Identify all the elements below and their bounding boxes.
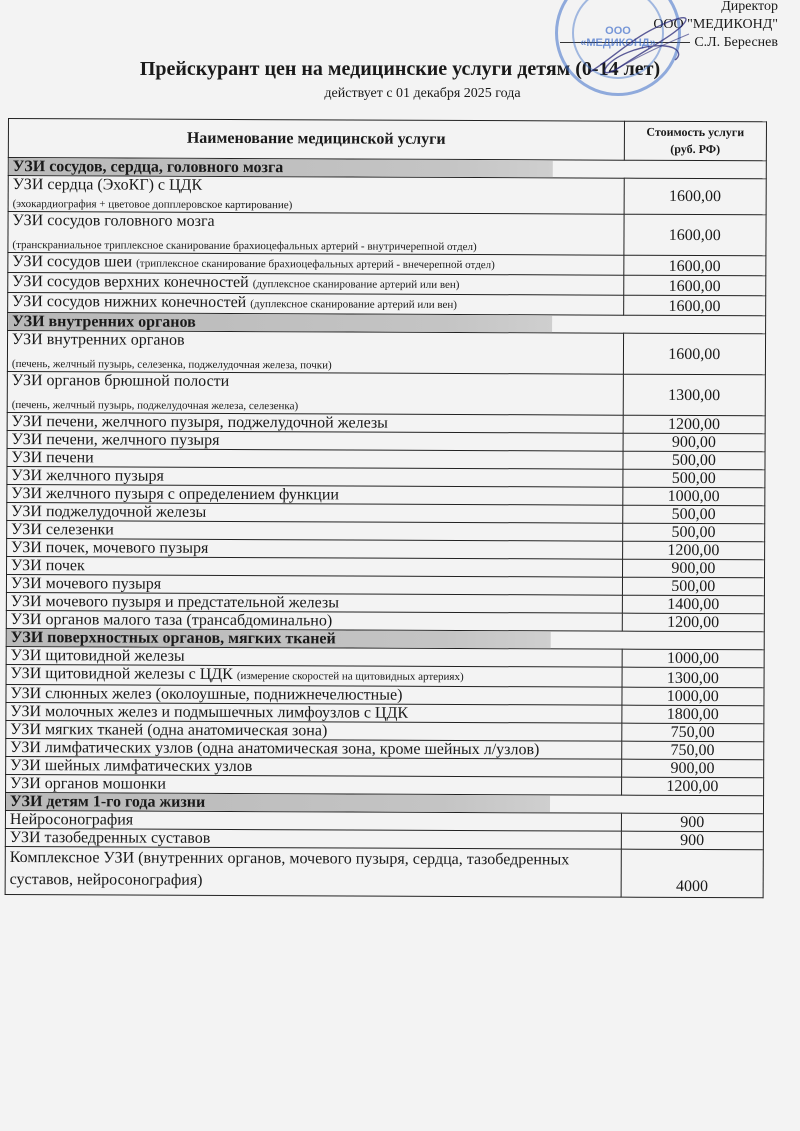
service-name: Нейросонография bbox=[10, 811, 133, 829]
section-header-row: УЗИ детям 1-го года жизни bbox=[5, 792, 763, 813]
service-name: УЗИ печени, желчного пузыря, поджелудочн… bbox=[12, 413, 388, 432]
table-row: УЗИ сердца (ЭхоКГ) с ЦДК(эхокардиография… bbox=[8, 176, 766, 215]
service-price: 1000,00 bbox=[622, 649, 764, 668]
service-name: УЗИ шейных лимфатических узлов bbox=[10, 757, 252, 775]
document-subtitle: действует с 01 декабря 2025 года bbox=[0, 86, 800, 102]
service-name: УЗИ мочевого пузыря bbox=[11, 575, 161, 593]
service-note: (триплексное сканирование брахиоцефальны… bbox=[136, 258, 495, 272]
service-name: УЗИ печени bbox=[11, 449, 93, 466]
service-name-cell: УЗИ лимфатических узлов (одна анатомичес… bbox=[6, 738, 622, 759]
service-price: 900 bbox=[621, 813, 763, 832]
service-name: УЗИ мочевого пузыря и предстательной жел… bbox=[11, 593, 339, 611]
service-name: УЗИ молочных желез и подмышечных лимфоуз… bbox=[10, 703, 408, 722]
service-price: 1200,00 bbox=[622, 613, 764, 632]
service-price: 1600,00 bbox=[624, 178, 766, 215]
service-price: 500,00 bbox=[622, 523, 764, 542]
section-title: УЗИ поверхностных органов, мягких тканей bbox=[7, 629, 551, 648]
service-price: 900 bbox=[621, 831, 763, 850]
service-note: (транскраниальное триплексное сканирован… bbox=[12, 238, 619, 255]
service-price: 750,00 bbox=[621, 741, 763, 760]
service-name-cell: УЗИ органов брюшной полости(печень, желч… bbox=[7, 371, 623, 415]
service-price: 1300,00 bbox=[623, 374, 766, 416]
section-header-cell: УЗИ поверхностных органов, мягких тканей bbox=[6, 628, 764, 649]
service-price: 900,00 bbox=[623, 433, 765, 452]
service-name-cell: УЗИ сердца (ЭхоКГ) с ЦДК(эхокардиография… bbox=[8, 176, 624, 215]
service-name: УЗИ почек bbox=[11, 557, 85, 574]
service-name: УЗИ органов брюшной полости bbox=[12, 372, 229, 390]
service-name-cell: УЗИ молочных желез и подмышечных лимфоуз… bbox=[6, 702, 622, 723]
service-price: 500,00 bbox=[623, 469, 765, 488]
service-name-cell: УЗИ печени, желчного пузыря, поджелудочн… bbox=[7, 412, 623, 433]
service-note: (печень, желчный пузырь, поджелудочная ж… bbox=[12, 398, 619, 415]
service-name: УЗИ желчного пузыря bbox=[11, 467, 163, 485]
section-title: УЗИ детям 1-го года жизни bbox=[6, 793, 550, 812]
service-name: УЗИ поджелудочной железы bbox=[11, 503, 206, 521]
section-header-cell: УЗИ внутренних органов bbox=[8, 313, 766, 334]
approval-position: Директор bbox=[560, 0, 778, 16]
table-row: УЗИ сосудов головного мозга(транскраниал… bbox=[8, 212, 766, 256]
service-price: 1200,00 bbox=[621, 777, 763, 796]
table-body: УЗИ сосудов, сердца, головного мозгаУЗИ … bbox=[5, 158, 766, 898]
service-price: 1400,00 bbox=[622, 595, 764, 614]
section-header-cell: УЗИ сосудов, сердца, головного мозга bbox=[8, 158, 766, 179]
service-price: 500,00 bbox=[622, 577, 764, 596]
approval-organization: ООО "МЕДИКОНД" bbox=[560, 16, 778, 34]
price-table: Наименование медицинской услуги Стоимост… bbox=[5, 118, 767, 898]
service-name-cell: УЗИ тазобедренных суставов bbox=[5, 828, 621, 849]
service-price: 1000,00 bbox=[622, 687, 764, 706]
service-note: (измерение скоростей на щитовидных артер… bbox=[237, 670, 464, 683]
approval-block: Директор ООО "МЕДИКОНД" С.Л. Береснев bbox=[560, 0, 778, 52]
service-price: 900,00 bbox=[621, 759, 763, 778]
section-header-cell: УЗИ детям 1-го года жизни bbox=[5, 792, 763, 813]
table-row: УЗИ сосудов шеи (триплексное сканировани… bbox=[8, 253, 766, 276]
service-price: 1600,00 bbox=[624, 214, 767, 256]
service-name-cell: УЗИ шейных лимфатических узлов bbox=[6, 756, 622, 777]
service-price: 1600,00 bbox=[623, 295, 765, 316]
service-name: УЗИ сосудов шеи bbox=[12, 253, 132, 271]
section-header-row: УЗИ поверхностных органов, мягких тканей bbox=[6, 628, 764, 649]
service-price: 1600,00 bbox=[623, 333, 766, 375]
service-name: УЗИ внутренних органов bbox=[12, 331, 185, 349]
service-price: 1300,00 bbox=[622, 667, 764, 688]
service-price: 1000,00 bbox=[622, 487, 764, 506]
service-name: Комплексное УЗИ (внутренних органов, моч… bbox=[10, 849, 570, 889]
service-note: (дуплексное сканирование артерий или вен… bbox=[250, 298, 457, 311]
service-name: УЗИ органов мошонки bbox=[10, 775, 166, 793]
price-list-page: ООО «МЕДИКОНД» Директор ООО "МЕДИКОНД" С… bbox=[0, 0, 800, 1131]
approval-signatory-line: С.Л. Береснев bbox=[560, 34, 778, 52]
service-name: УЗИ щитовидной железы с ЦДК bbox=[11, 665, 233, 683]
service-name: УЗИ сосудов головного мозга bbox=[13, 212, 215, 230]
service-name: УЗИ слюнных желез (околоушные, поднижнеч… bbox=[10, 685, 402, 704]
service-name-cell: УЗИ мочевого пузыря и предстательной жел… bbox=[6, 592, 622, 613]
service-name: УЗИ щитовидной железы bbox=[11, 647, 185, 665]
section-header-row: УЗИ сосудов, сердца, головного мозга bbox=[8, 158, 766, 179]
table-row: УЗИ органов брюшной полости(печень, желч… bbox=[7, 371, 765, 415]
table-row: УЗИ внутренних органов(печень, желчный п… bbox=[7, 331, 765, 375]
service-price: 1200,00 bbox=[623, 415, 765, 434]
table-header-row: Наименование медицинской услуги Стоимост… bbox=[8, 119, 766, 161]
service-name-cell: УЗИ сосудов головного мозга(транскраниал… bbox=[8, 212, 624, 256]
service-price: 1800,00 bbox=[622, 705, 764, 724]
service-price: 500,00 bbox=[622, 505, 764, 524]
service-name: УЗИ сосудов нижних конечностей bbox=[12, 293, 246, 311]
approval-signatory: С.Л. Береснев bbox=[694, 35, 778, 50]
service-name: УЗИ сердца (ЭхоКГ) с ЦДК bbox=[13, 176, 203, 194]
service-name: УЗИ почек, мочевого пузыря bbox=[11, 539, 208, 557]
service-name-cell: УЗИ слюнных желез (околоушные, поднижнеч… bbox=[6, 684, 622, 705]
service-name-cell: Комплексное УЗИ (внутренних органов, моч… bbox=[5, 846, 621, 897]
service-name-cell: УЗИ поджелудочной железы bbox=[7, 502, 623, 523]
header-price-line1: Стоимость услуги bbox=[646, 125, 744, 139]
table-row: Комплексное УЗИ (внутренних органов, моч… bbox=[5, 846, 763, 897]
header-service-name: Наименование медицинской услуги bbox=[8, 119, 624, 161]
service-name-cell: УЗИ почек, мочевого пузыря bbox=[7, 538, 623, 559]
service-name: УЗИ тазобедренных суставов bbox=[10, 829, 210, 847]
service-price: 900,00 bbox=[622, 559, 764, 578]
signature-line bbox=[560, 42, 690, 43]
service-name-cell: УЗИ мягких тканей (одна анатомическая зо… bbox=[6, 720, 622, 741]
service-note: (дуплексное сканирование артерий или вен… bbox=[253, 278, 460, 291]
header-price-line2: (руб. РФ) bbox=[670, 142, 720, 156]
service-name: УЗИ желчного пузыря с определением функц… bbox=[11, 485, 339, 503]
service-name-cell: Нейросонография bbox=[5, 810, 621, 831]
service-name-cell: УЗИ сосудов шеи (триплексное сканировани… bbox=[8, 253, 624, 276]
table-row: УЗИ щитовидной железы с ЦДК (измерение с… bbox=[6, 664, 764, 687]
service-name-cell: УЗИ желчного пузыря bbox=[7, 466, 623, 487]
section-title: УЗИ внутренних органов bbox=[8, 313, 552, 332]
service-name-cell: УЗИ селезенки bbox=[7, 520, 623, 541]
service-name: УЗИ мягких тканей (одна анатомическая зо… bbox=[10, 721, 327, 739]
service-name: УЗИ печени, желчного пузыря bbox=[12, 431, 220, 449]
service-note: (эхокардиография + цветовое допплеровско… bbox=[13, 197, 620, 214]
service-name: УЗИ органов малого таза (трансабдоминаль… bbox=[11, 611, 332, 629]
service-price: 750,00 bbox=[621, 723, 763, 742]
service-price: 1600,00 bbox=[623, 255, 765, 276]
service-name-cell: УЗИ щитовидной железы bbox=[6, 646, 622, 667]
service-name-cell: УЗИ сосудов верхних конечностей (дуплекс… bbox=[8, 273, 624, 296]
service-name-cell: УЗИ печени, желчного пузыря bbox=[7, 430, 623, 451]
header-service-price: Стоимость услуги (руб. РФ) bbox=[624, 121, 766, 161]
service-price: 1600,00 bbox=[623, 275, 765, 296]
service-price: 1200,00 bbox=[622, 541, 764, 560]
service-price: 4000 bbox=[621, 849, 764, 898]
section-title: УЗИ сосудов, сердца, головного мозга bbox=[9, 158, 553, 177]
service-name-cell: УЗИ желчного пузыря с определением функц… bbox=[7, 484, 623, 505]
document-title: Прейскурант цен на медицинские услуги де… bbox=[0, 58, 800, 81]
service-name-cell: УЗИ мочевого пузыря bbox=[6, 574, 622, 595]
section-header-row: УЗИ внутренних органов bbox=[8, 313, 766, 334]
service-name-cell: УЗИ щитовидной железы с ЦДК (измерение с… bbox=[6, 664, 622, 687]
service-note: (печень, желчный пузырь, селезенка, подж… bbox=[12, 357, 619, 374]
service-price: 500,00 bbox=[623, 451, 765, 470]
service-name: УЗИ сосудов верхних конечностей bbox=[12, 273, 249, 291]
table-row: УЗИ сосудов верхних конечностей (дуплекс… bbox=[8, 273, 766, 296]
service-name-cell: УЗИ внутренних органов(печень, желчный п… bbox=[7, 331, 623, 375]
service-name-cell: УЗИ сосудов нижних конечностей (дуплексн… bbox=[8, 293, 624, 316]
service-name: УЗИ селезенки bbox=[11, 521, 114, 538]
service-name: УЗИ лимфатических узлов (одна анатомичес… bbox=[10, 739, 539, 758]
